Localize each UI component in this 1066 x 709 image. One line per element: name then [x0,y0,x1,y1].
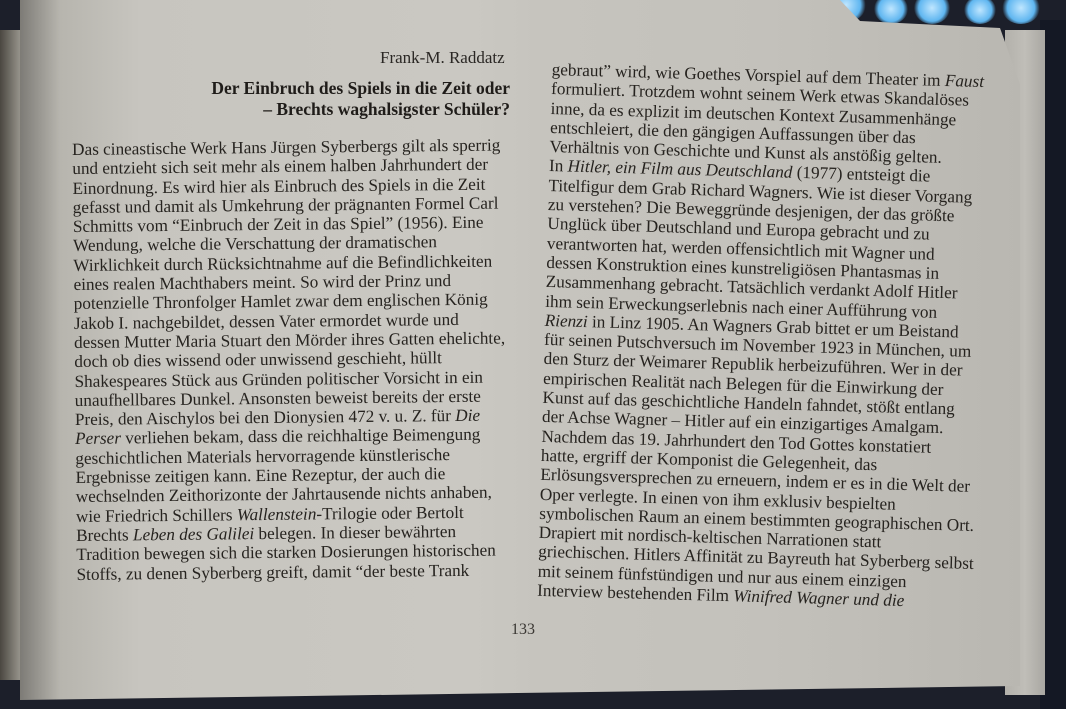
right-text-column: gebraut” wird, wie Goethes Vorspiel auf … [537,60,988,612]
italic-title-wallenstein: Wallenstein [237,504,317,524]
open-book: Frank-M. Raddatz Der Einbruch des Spiels… [0,0,1066,709]
page-number: 133 [511,621,535,639]
italic-title-galilei: Leben des Galilei [133,524,254,544]
text-segment: Brechts [76,525,133,545]
italic-title-die: Die [455,406,480,425]
text-segment: In [549,156,568,176]
text-segment: -Trilogie oder Bertolt [316,503,464,524]
author-name: Frank-M. Raddatz [380,48,505,68]
title-line-2: – Brechts waghalsigster Schüler? [211,99,510,120]
italic-title-rienzi: Rienzi [544,311,587,331]
text-segment: wie Friedrich Schillers [76,505,237,526]
italic-title-faust: Faust [945,71,985,91]
italic-title-perser: Perser [75,429,121,448]
text-segment: belegen. In dieser bewährten [254,522,456,543]
left-text-column: Das cineastische Werk Hans Jürgen Syberb… [72,135,508,583]
title-line-1: Der Einbruch des Spiels in die Zeit oder [211,78,510,99]
article-title: Der Einbruch des Spiels in die Zeit oder… [211,78,510,120]
